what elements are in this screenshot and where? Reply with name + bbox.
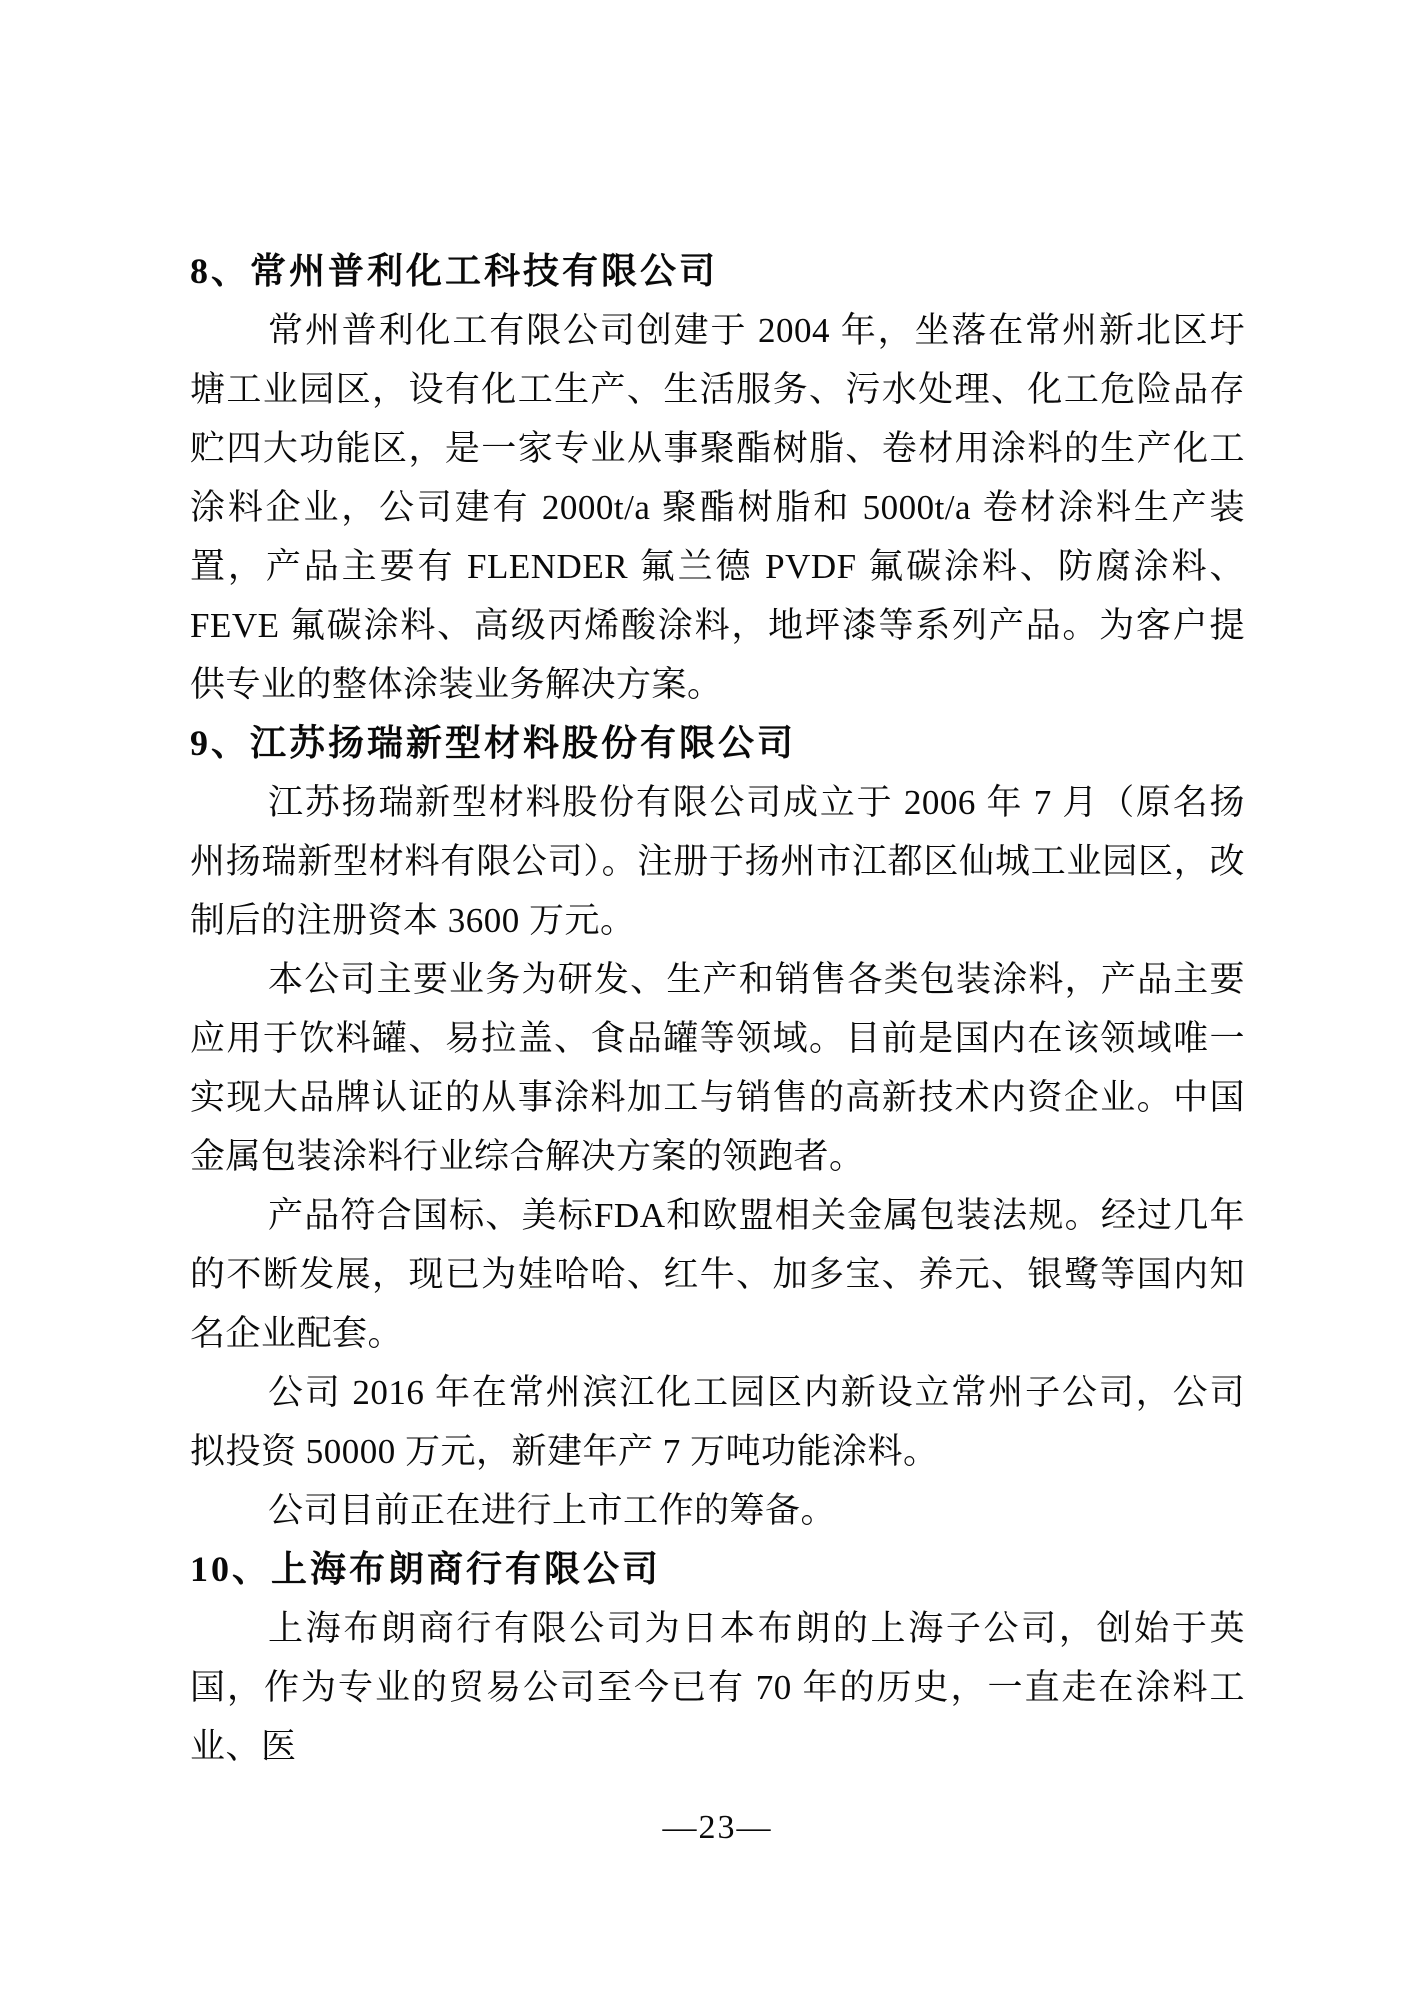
page-number: —23—	[190, 1798, 1245, 1857]
paragraph: 产品符合国标、美标FDA和欧盟相关金属包装法规。经过几年的不断发展，现已为娃哈哈…	[190, 1186, 1245, 1363]
paragraph: 本公司主要业务为研发、生产和销售各类包装涂料，产品主要应用于饮料罐、易拉盖、食品…	[190, 950, 1245, 1186]
paragraph: 上海布朗商行有限公司为日本布朗的上海子公司，创始于英国，作为专业的贸易公司至今已…	[190, 1599, 1245, 1776]
section-heading-10: 10、上海布朗商行有限公司	[190, 1540, 1245, 1599]
section-heading-8: 8、常州普利化工科技有限公司	[190, 242, 1245, 301]
paragraph: 公司目前正在进行上市工作的筹备。	[190, 1481, 1245, 1540]
paragraph: 江苏扬瑞新型材料股份有限公司成立于 2006 年 7 月（原名扬州扬瑞新型材料有…	[190, 773, 1245, 950]
document-body: 8、常州普利化工科技有限公司 常州普利化工有限公司创建于 2004 年，坐落在常…	[190, 242, 1245, 1776]
paragraph: 常州普利化工有限公司创建于 2004 年，坐落在常州新北区圩塘工业园区，设有化工…	[190, 301, 1245, 714]
document-page: 8、常州普利化工科技有限公司 常州普利化工有限公司创建于 2004 年，坐落在常…	[0, 0, 1415, 2000]
paragraph: 公司 2016 年在常州滨江化工园区内新设立常州子公司，公司拟投资 50000 …	[190, 1363, 1245, 1481]
section-heading-9: 9、江苏扬瑞新型材料股份有限公司	[190, 714, 1245, 773]
